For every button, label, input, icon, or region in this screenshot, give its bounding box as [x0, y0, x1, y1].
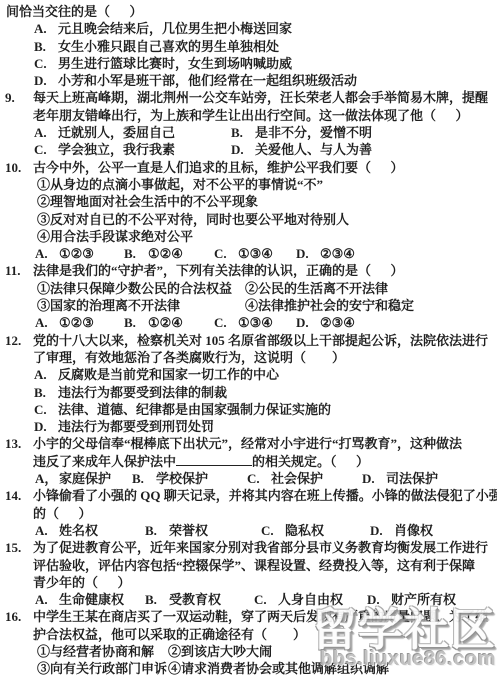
option-text: ①③④ — [238, 245, 273, 262]
stem-text: 小宇的父母信奉“棍棒底下出状元”，经常对小宇进行“打骂教育”，这种做法 — [33, 435, 462, 452]
question-14-answers-row: A. 姓名权 B. 荣誉权 C. 隐私权 D. 肖像权 — [0, 522, 497, 539]
item-text: ③反对对自已的不公平对待，同时也要公平地对待别人 — [37, 211, 349, 228]
question-10-item: ④用合法手段谋求绝对公平 — [0, 228, 497, 245]
item-text: ③向有关行政部门申诉 — [37, 660, 168, 677]
exam-paper-page: 间恰当交往的是（ ） A. 元且晚会结来后，几位男生把小梅送回家 B. 女生小雅… — [0, 0, 497, 679]
item-text: ④请求消费者协会或其他调解组织调解 — [168, 660, 389, 677]
option-key: A. — [35, 245, 59, 262]
stem-text: 青少年的（ ） — [33, 574, 131, 591]
option-text: 人身自由权 — [278, 591, 343, 608]
option-text: 迁就别人，委屈自己 — [58, 124, 175, 141]
question-12-option-b: B. 违法行为都要受到法律的制裁 — [0, 384, 497, 401]
option-text: 学会独立，我行我素 — [58, 141, 175, 158]
answer-option: D. 司法保护 — [362, 470, 497, 487]
option-text: 家庭保护 — [59, 470, 111, 487]
question-14-stem: 14. 小锋偷看了小强的 QQ 聊天记录，并将其内容在班上传播。小锋的做法侵犯了… — [0, 487, 497, 504]
question-14-stem-cont: 的（ ） — [0, 505, 497, 522]
option-text: 隐私权 — [285, 522, 324, 539]
option-key: D. — [34, 72, 58, 89]
question-8-option-c: C. 男生进行篮球比赛时，女生到场呐喊助威 — [0, 55, 497, 72]
answer-option: B. ①②④ — [124, 245, 214, 262]
stem-text: 护合法权益，他可以采取的正确途径有（ ） — [33, 626, 306, 643]
question-15-stem-cont: 青少年的（ ） — [0, 574, 497, 591]
question-number: 9. — [5, 89, 33, 106]
option-key: B. — [132, 470, 156, 487]
option-text: 违法行为都要受到刑罚处罚 — [58, 418, 214, 435]
fill-blank — [176, 453, 252, 466]
answer-option: C. ①③④ — [214, 314, 296, 331]
item-text: ④法律推护社会的安宁和稳定 — [245, 297, 497, 314]
stem-text: 每天上班高峰期，湖北荆州一公交车站旁，汪长荣老人都会手举简易木牌，提醒 — [33, 89, 488, 106]
option-key: B. — [34, 38, 58, 55]
stem-text: 古今中外，公平一直是人们追求的且标，维护公平我们要（ ） — [33, 159, 404, 176]
option-key: B. — [124, 314, 148, 331]
option-key: D. — [34, 418, 58, 435]
answer-option: D. ②③④ — [296, 314, 497, 331]
option-key: A. — [35, 314, 59, 331]
answer-option: B. 受教育权 — [145, 591, 254, 608]
item-text: ③国家的治理离不开法律 — [37, 297, 245, 314]
option-text: 关爱他人、与人为善 — [255, 141, 372, 158]
question-13-answers-row: A， 家庭保护 B. 学校保护 C. 社会保护 D. 司法保护 — [0, 470, 497, 487]
item-text: ①从身边的点滴小事做起，对不公平的事情说“不” — [37, 176, 323, 193]
option-key: A. — [34, 366, 58, 383]
option-key: C. — [34, 401, 58, 418]
option-text: 违法行为都要受到法律的制裁 — [58, 384, 227, 401]
answer-option: D. 关爱他人、与人为善 — [231, 141, 497, 158]
question-8-option-b: B. 女生小雅只跟自己喜欢的男生单独相处 — [0, 38, 497, 55]
answer-option: A. 生命健康权 — [35, 591, 145, 608]
option-key: B. — [34, 384, 58, 401]
option-key: D. — [370, 522, 394, 539]
option-text: 财产所有权 — [391, 591, 456, 608]
item-text: ①与经营者协商和解 — [37, 643, 154, 660]
question-12-stem: 12. 党的十八大以来，检察机关对 105 名原省部级以上干部提起公诉，法院依法… — [0, 332, 497, 349]
stem-text: 违反了来成年人保护法中 — [33, 453, 176, 470]
option-text: 学校保护 — [156, 470, 208, 487]
question-15-answers-row: A. 生命健康权 B. 受教育权 C. 人身自由权 D. 财产所有权 — [0, 591, 497, 608]
option-key: C. — [34, 55, 58, 72]
stem-text: 党的十八大以来，检察机关对 105 名原省部级以上干部提起公诉，法院依法进行 — [33, 332, 488, 349]
answer-option: D. 财产所有权 — [367, 591, 497, 608]
option-key: A. — [35, 522, 59, 539]
option-key: D. — [231, 141, 255, 158]
question-16-items-row: ③向有关行政部门申诉 ④请求消费者协会或其他调解组织调解 — [0, 660, 497, 677]
question-9-options-row: C. 学会独立，我行我素 D. 关爱他人、与人为善 — [0, 141, 497, 158]
option-text: 受教育权 — [169, 591, 221, 608]
item-text: ④法律推护社会的安宁和稳定 — [245, 297, 414, 314]
stem-text: 小锋偷看了小强的 QQ 聊天记录，并将其内容在班上传播。小锋的做法侵犯了小强 — [33, 487, 497, 504]
answer-option: C. 人身自由权 — [254, 591, 367, 608]
option-text: 元且晚会结来后，几位男生把小梅送回家 — [58, 20, 292, 37]
question-12-option-d: D. 违法行为都要受到刑罚处罚 — [0, 418, 497, 435]
item-text: ③国家的治理离不开法律 — [37, 297, 180, 314]
item-text: ④请求消费者协会或其他调解组织调解 — [168, 660, 497, 677]
item-text: ①法律只保障少数公民的合法权益 — [37, 280, 232, 297]
option-text: 生命健康权 — [59, 591, 124, 608]
answer-option: B. 是非不分，爱憎不明 — [231, 124, 497, 141]
question-13-stem-cont: 违反了来成年人保护法中的相关规定。（ ） — [0, 453, 497, 470]
question-16-stem-cont: 护合法权益，他可以采取的正确途径有（ ） — [0, 626, 497, 643]
option-text: 司法保护 — [386, 470, 438, 487]
question-16-stem: 16. 中学生王某在商店买了一双运动鞋，穿了两天后发现有严重的质量问题，为了维 — [0, 608, 497, 625]
question-13-stem: 13. 小宇的父母信奉“棍棒底下出状元”，经常对小宇进行“打骂教育”，这种做法 — [0, 435, 497, 452]
question-8-option-a: A. 元且晚会结来后，几位男生把小梅送回家 — [0, 20, 497, 37]
exam-body: 间恰当交往的是（ ） A. 元且晚会结来后，几位男生把小梅送回家 B. 女生小雅… — [0, 3, 497, 678]
item-text: ③向有关行政部门申诉 — [37, 660, 167, 677]
item-text: ②到该店大吵大闹 — [168, 643, 497, 660]
option-key: D. — [362, 470, 386, 487]
option-key: B. — [145, 591, 169, 608]
answer-option: C. 学会独立，我行我素 — [34, 141, 231, 158]
answer-option: C. 社会保护 — [247, 470, 362, 487]
option-text: ①②③ — [59, 314, 94, 331]
item-text: ②到该店大吵大闹 — [168, 643, 272, 660]
option-text: ①③④ — [238, 314, 273, 331]
item-text: ①法律只保障少数公民的合法权益 — [37, 280, 245, 297]
question-10-item: ①从身边的点滴小事做起，对不公平的事情说“不” — [0, 176, 497, 193]
answer-option: D. ②③④ — [296, 245, 497, 262]
item-text: ②公民的生活离不开法律 — [245, 280, 388, 297]
option-key: B. — [145, 522, 169, 539]
answer-option: A. ①②③ — [35, 245, 124, 262]
option-text: 法律、道德、纪律都是由国家强制力保证实施的 — [58, 401, 331, 418]
answer-option: B. 荣誉权 — [145, 522, 261, 539]
stem-text: 法律是我们的“守护者”，下列有关法律的认识，正确的是（ ） — [33, 262, 404, 279]
question-number: 16. — [5, 608, 33, 625]
stem-text: 评估验收，评估内容包括“控辍保学”、课程设置、经费投入等，这有利于保障 — [33, 557, 475, 574]
option-key: C. — [214, 245, 238, 262]
question-number: 15. — [5, 539, 33, 556]
stem-text: 的相关规定。（ ） — [252, 453, 369, 470]
option-key: D. — [296, 245, 320, 262]
question-12-option-c: C. 法律、道德、纪律都是由国家强制力保证实施的 — [0, 401, 497, 418]
answer-option: A， 家庭保护 — [35, 470, 132, 487]
question-15-stem-cont: 评估验收，评估内容包括“控辍保学”、课程设置、经费投入等，这有利于保障 — [0, 557, 497, 574]
stem-text: 间恰当交往的是（ ） — [6, 3, 143, 20]
option-key: A. — [35, 591, 59, 608]
option-text: 是非不分，爱憎不明 — [255, 124, 372, 141]
stem-text: 了审理，有效地惩治了各类腐败行为，这说明（ ） — [33, 349, 345, 366]
option-key: B. — [231, 124, 255, 141]
option-text: ②③④ — [320, 314, 355, 331]
question-9-stem-cont: 老年朋友错峰出行，为上族和学生让出出行空间。这一做法体现了他（ ） — [0, 107, 497, 124]
option-text: 姓名权 — [59, 522, 98, 539]
item-text: ②理智地面对社会生活中的不公平现象 — [37, 193, 258, 210]
question-9-stem: 9. 每天上班高峰期，湖北荆州一公交车站旁，汪长荣老人都会手举简易木牌，提醒 — [0, 89, 497, 106]
question-number: 10. — [5, 159, 33, 176]
question-number: 11. — [5, 262, 33, 279]
stem-text: 为了促进教育公平，近年来国家分别对我省部分县市义务教育均衡发展工作进行 — [33, 539, 488, 556]
option-text: 小芳和小军是班干部，他们经常在一起组织班级活动 — [58, 72, 357, 89]
answer-option: B. ①②④ — [124, 314, 214, 331]
question-number: 12. — [5, 332, 33, 349]
item-text: ④用合法手段谋求绝对公平 — [37, 228, 193, 245]
question-12-option-a: A. 反腐败是当前党和国家一切工作的中心 — [0, 366, 497, 383]
question-number: 13. — [5, 435, 33, 452]
stem-text: 老年朋友错峰出行，为上族和学生让出出行空间。这一做法体现了他（ ） — [33, 107, 469, 124]
option-key: A. — [34, 20, 58, 37]
option-key: C. — [34, 141, 58, 158]
answer-option: A. ①②③ — [35, 314, 124, 331]
answer-option: C. ①③④ — [214, 245, 296, 262]
option-text: 社会保护 — [271, 470, 323, 487]
option-text: 反腐败是当前党和国家一切工作的中心 — [58, 366, 279, 383]
stem-text: 的（ ） — [33, 505, 92, 522]
answer-option: D. 肖像权 — [370, 522, 497, 539]
question-12-stem-cont: 了审理，有效地惩治了各类腐败行为，这说明（ ） — [0, 349, 497, 366]
option-text: ②③④ — [320, 245, 355, 262]
question-10-answers-row: A. ①②③ B. ①②④ C. ①③④ D. ②③④ — [0, 245, 497, 262]
option-key: D. — [296, 314, 320, 331]
question-15-stem: 15. 为了促进教育公平，近年来国家分别对我省部分县市义务教育均衡发展工作进行 — [0, 539, 497, 556]
option-key: C. — [261, 522, 285, 539]
answer-option: A. 迁就别人，委屈自己 — [34, 124, 231, 141]
question-8-stem: 间恰当交往的是（ ） — [0, 3, 497, 20]
question-10-item: ③反对对自已的不公平对待，同时也要公平地对待别人 — [0, 211, 497, 228]
answer-option: A. 姓名权 — [35, 522, 145, 539]
answer-option: B. 学校保护 — [132, 470, 247, 487]
item-text: ①与经营者协商和解 — [37, 643, 168, 660]
option-text: ①②④ — [148, 314, 183, 331]
option-key: C. — [254, 591, 278, 608]
option-text: ①②③ — [59, 245, 94, 262]
option-key: C. — [247, 470, 271, 487]
option-text: 男生进行篮球比赛时，女生到场呐喊助威 — [58, 55, 292, 72]
option-text: 女生小雅只跟自己喜欢的男生单独相处 — [58, 38, 279, 55]
question-8-option-d: D. 小芳和小军是班干部，他们经常在一起组织班级活动 — [0, 72, 497, 89]
option-key: D. — [367, 591, 391, 608]
question-number: 14. — [5, 487, 33, 504]
question-10-stem: 10. 古今中外，公平一直是人们追求的且标，维护公平我们要（ ） — [0, 159, 497, 176]
question-11-answers-row: A. ①②③ B. ①②④ C. ①③④ D. ②③④ — [0, 314, 497, 331]
stem-text: 中学生王某在商店买了一双运动鞋，穿了两天后发现有严重的质量问题，为了维 — [33, 608, 488, 625]
question-10-item: ②理智地面对社会生活中的不公平现象 — [0, 193, 497, 210]
option-text: ①②④ — [148, 245, 183, 262]
option-key: B. — [124, 245, 148, 262]
item-text: ②公民的生活离不开法律 — [245, 280, 497, 297]
option-key: A， — [35, 470, 59, 487]
answer-option: C. 隐私权 — [261, 522, 370, 539]
question-11-stem: 11. 法律是我们的“守护者”，下列有关法律的认识，正确的是（ ） — [0, 262, 497, 279]
question-11-items-row: ③国家的治理离不开法律 ④法律推护社会的安宁和稳定 — [0, 297, 497, 314]
question-9-options-row: A. 迁就别人，委屈自己 B. 是非不分，爱憎不明 — [0, 124, 497, 141]
option-key: A. — [34, 124, 58, 141]
question-16-items-row: ①与经营者协商和解 ②到该店大吵大闹 — [0, 643, 497, 660]
question-11-items-row: ①法律只保障少数公民的合法权益 ②公民的生活离不开法律 — [0, 280, 497, 297]
option-key: C. — [214, 314, 238, 331]
option-text: 肖像权 — [394, 522, 433, 539]
option-text: 荣誉权 — [169, 522, 208, 539]
